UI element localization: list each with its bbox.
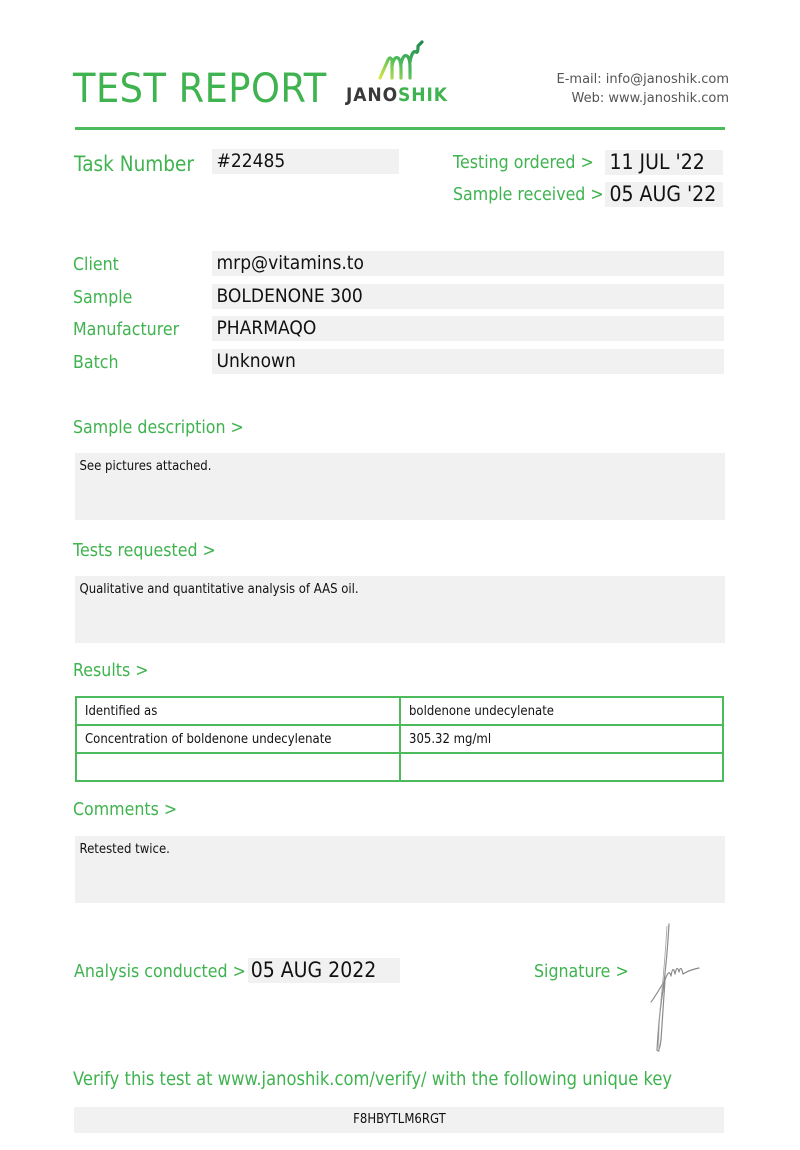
sample-value: BOLDENONE 300 [212, 284, 673, 309]
tests-requested-label: Tests requested > [73, 540, 216, 561]
sample-field: BOLDENONE 300 [212, 284, 724, 309]
janoshik-logo: JANOSHIK [344, 40, 464, 110]
manufacturer-label: Manufacturer [73, 319, 179, 340]
testing-ordered-value: 11 JUL '22 [605, 150, 711, 175]
result-value-cell: 305.32 mg/ml [400, 725, 724, 753]
comments-text: Retested twice. [75, 836, 660, 863]
verify-instructions: Verify this test at www.janoshik.com/ver… [73, 1068, 672, 1090]
results-table: Identified as boldenone undecylenate Con… [75, 696, 724, 782]
result-name-cell: Concentration of boldenone undecylenate [76, 725, 400, 753]
sample-received-field: 05 AUG '22 [605, 182, 723, 207]
table-row [76, 753, 723, 781]
manufacturer-field: PHARMAQO [212, 316, 724, 341]
signature-scribble-icon [645, 920, 705, 1060]
batch-field: Unknown [212, 349, 724, 374]
result-name-cell [76, 753, 400, 781]
signature-label: Signature > [534, 961, 629, 982]
task-number-field: #22485 [212, 149, 399, 174]
unique-key-field: F8HBYTLM6RGT [74, 1107, 724, 1133]
comments-label: Comments > [73, 799, 177, 820]
client-value: mrp@vitamins.to [212, 251, 673, 276]
table-row: Concentration of boldenone undecylenate … [76, 725, 723, 753]
contact-web[interactable]: Web: www.janoshik.com [557, 89, 729, 108]
result-name-cell: Identified as [76, 697, 400, 725]
results-label: Results > [73, 660, 149, 681]
analysis-conducted-field: 05 AUG 2022 [248, 958, 400, 983]
sample-label: Sample [73, 287, 132, 308]
task-number-label: Task Number [74, 152, 194, 176]
analysis-conducted-label: Analysis conducted > [74, 961, 246, 982]
batch-value: Unknown [212, 349, 673, 374]
contact-email[interactable]: E-mail: info@janoshik.com [557, 70, 729, 89]
tests-requested-box: Qualitative and quantitative analysis of… [75, 576, 725, 643]
logo-wordmark: JANOSHIK [346, 84, 448, 106]
client-label: Client [73, 254, 119, 275]
sample-description-label: Sample description > [73, 417, 244, 438]
unique-key-value[interactable]: F8HBYTLM6RGT [353, 1107, 446, 1133]
tests-requested-text: Qualitative and quantitative analysis of… [75, 576, 660, 603]
client-field: mrp@vitamins.to [212, 251, 724, 276]
sample-description-text: See pictures attached. [75, 453, 660, 480]
testing-ordered-label: Testing ordered > [453, 152, 594, 173]
header-divider [75, 127, 725, 130]
sample-received-label: Sample received > [453, 184, 604, 205]
contact-info: E-mail: info@janoshik.com Web: www.janos… [557, 70, 729, 108]
sample-received-value: 05 AUG '22 [605, 182, 711, 207]
page-title: TEST REPORT [73, 66, 327, 112]
result-value-cell: boldenone undecylenate [400, 697, 724, 725]
batch-label: Batch [73, 352, 119, 373]
comments-box: Retested twice. [75, 836, 725, 903]
task-number-value: #22485 [212, 149, 380, 174]
sample-description-box: See pictures attached. [75, 453, 725, 520]
manufacturer-value: PHARMAQO [212, 316, 673, 341]
analysis-conducted-value: 05 AUG 2022 [248, 958, 385, 983]
rising-bars-logo-icon [378, 40, 458, 82]
testing-ordered-field: 11 JUL '22 [605, 150, 723, 175]
table-row: Identified as boldenone undecylenate [76, 697, 723, 725]
result-value-cell [400, 753, 724, 781]
